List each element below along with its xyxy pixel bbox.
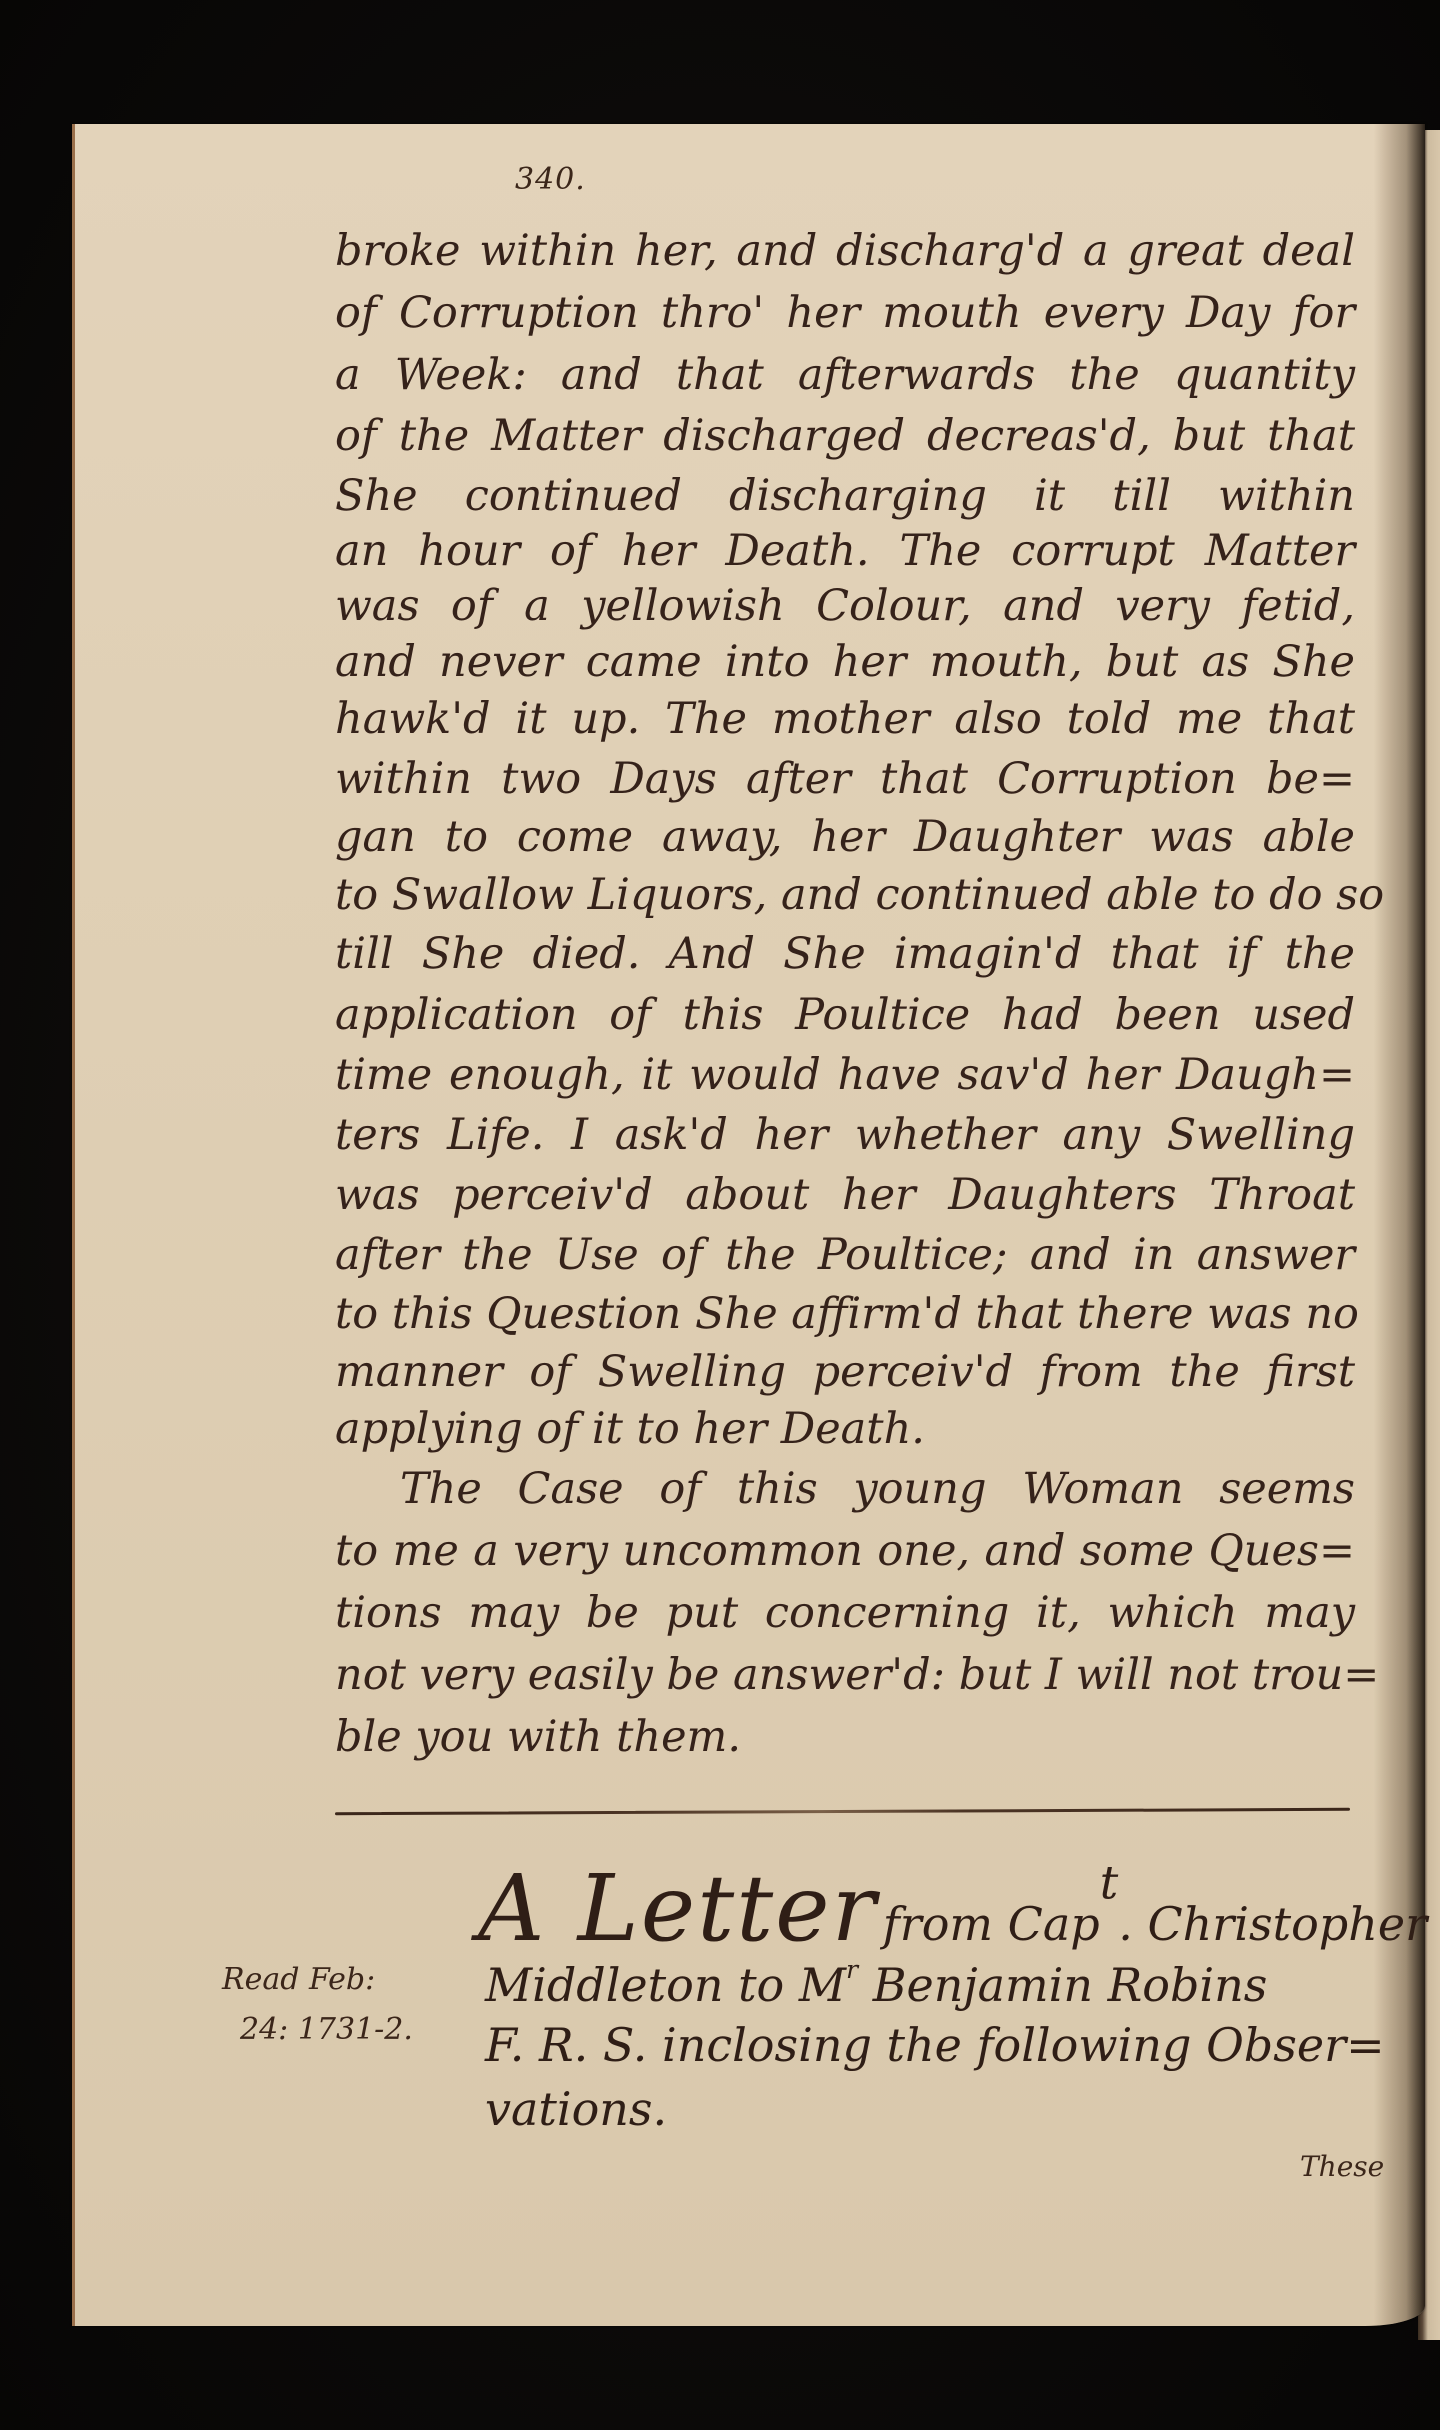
text-line: The Case of this young Woman seems bbox=[400, 1460, 1355, 1518]
text-line: broke within her, and discharg'd a great… bbox=[335, 222, 1355, 280]
text-line: of the Matter discharged decreas'd, but … bbox=[335, 407, 1355, 465]
text-line: applying of it to her Death. bbox=[335, 1400, 1355, 1458]
text-line: ters Life. I ask'd her whether any Swell… bbox=[335, 1106, 1355, 1164]
text-line: ble you with them. bbox=[335, 1708, 1355, 1766]
letter-heading-robins: Benjamin Robins bbox=[858, 1958, 1267, 2012]
letter-heading-name: . Christopher bbox=[1118, 1897, 1427, 1951]
text-line: a Week: and that afterwards the quantity bbox=[335, 346, 1355, 404]
text-line: not very easily be answer'd: but I will … bbox=[335, 1646, 1355, 1704]
text-line: to this Question She affirm'd that there… bbox=[335, 1285, 1355, 1343]
text-line: to me a very uncommon one, and some Ques… bbox=[335, 1522, 1355, 1580]
text-line: till She died. And She imagin'd that if … bbox=[335, 925, 1355, 983]
text-line: of Corruption thro' her mouth every Day … bbox=[335, 284, 1355, 342]
text-line: was perceiv'd about her Daughters Throat bbox=[335, 1166, 1355, 1224]
letter-heading-line-4: vations. bbox=[485, 2082, 667, 2136]
text-line: within two Days after that Corruption be… bbox=[335, 750, 1355, 808]
text-line: time enough, it would have sav'd her Dau… bbox=[335, 1046, 1355, 1104]
text-line: was of a yellowish Colour, and very feti… bbox=[335, 577, 1355, 635]
text-line: tions may be put concerning it, which ma… bbox=[335, 1584, 1355, 1642]
text-line: an hour of her Death. The corrupt Matter bbox=[335, 522, 1355, 580]
text-line: manner of Swelling perceiv'd from the fi… bbox=[335, 1343, 1355, 1401]
letter-heading-title: A Letter bbox=[478, 1855, 878, 1962]
superscript-t: t bbox=[1100, 1856, 1119, 1910]
text-line: application of this Poultice had been us… bbox=[335, 986, 1355, 1044]
margin-note-date: 24: 1731-2. bbox=[240, 2012, 413, 2047]
text-line: after the Use of the Poultice; and in an… bbox=[335, 1226, 1355, 1284]
letter-heading-line-3: F. R. S. inclosing the following Obser= bbox=[485, 2018, 1385, 2072]
text-line: She continued discharging it till within bbox=[335, 467, 1355, 525]
letter-heading-middleton: Middleton to M bbox=[485, 1958, 846, 2012]
catchword: These bbox=[1300, 2150, 1384, 2183]
letter-heading-line-1: A Letter from Capt. Christopher bbox=[478, 1855, 1427, 1962]
text-line: and never came into her mouth, but as Sh… bbox=[335, 633, 1355, 691]
letter-heading-line-2: Middleton to Mr Benjamin Robins bbox=[485, 1955, 1267, 2012]
text-line: gan to come away, her Daughter was able bbox=[335, 808, 1355, 866]
letter-heading-from: from Cap bbox=[883, 1897, 1100, 1951]
text-line: hawk'd it up. The mother also told me th… bbox=[335, 690, 1355, 748]
margin-note-read: Read Feb: bbox=[222, 1962, 375, 1997]
page-number: 340. bbox=[515, 162, 586, 197]
text-line: to Swallow Liquors, and continued able t… bbox=[335, 866, 1355, 924]
superscript-r: r bbox=[846, 1955, 858, 1984]
